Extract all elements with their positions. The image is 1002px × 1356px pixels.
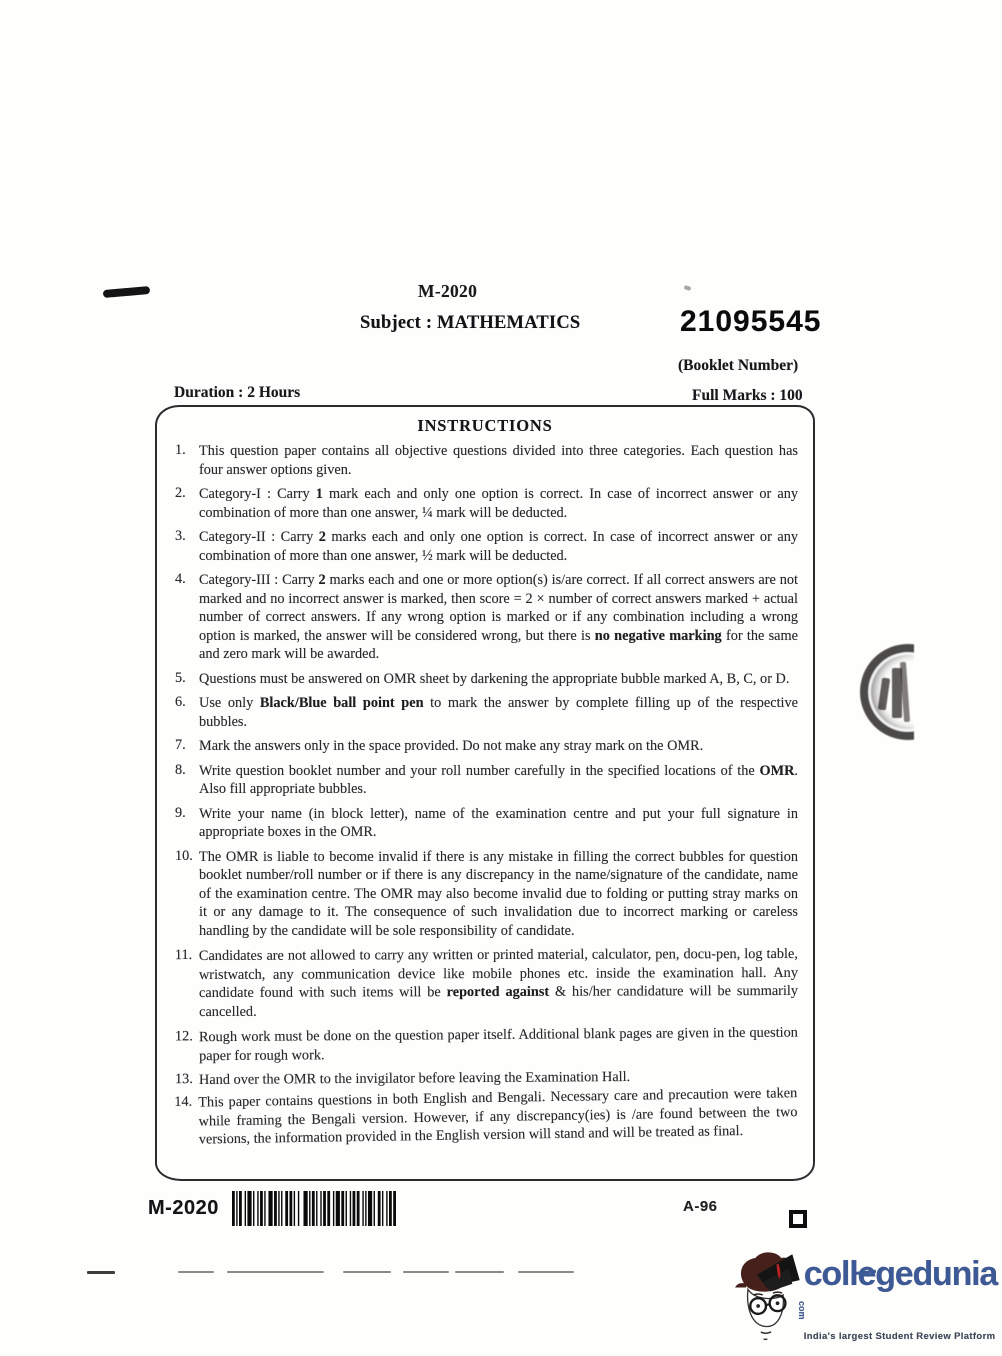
subject-title: Subject : MATHEMATICS xyxy=(360,313,580,334)
instruction-number: 13. xyxy=(171,1071,199,1090)
collegedunia-logo: collegeduniacom India's largest Student … xyxy=(735,1243,1002,1345)
instruction-text: Write your name (in block letter), name … xyxy=(199,805,798,842)
barcode-icon xyxy=(232,1191,396,1226)
tear-line-segment xyxy=(227,1271,324,1273)
instruction-number: 8. xyxy=(171,762,199,799)
instruction-item: 2.Category-I : Carry 1 mark each and onl… xyxy=(171,485,798,522)
instruction-text: Write question booklet number and your r… xyxy=(199,762,798,799)
set-code: A-96 xyxy=(683,1198,718,1215)
instruction-number: 1. xyxy=(171,442,199,479)
instruction-text: The OMR is liable to become invalid if t… xyxy=(199,848,798,941)
instructions-title: INSTRUCTIONS xyxy=(157,416,813,436)
instruction-text: Category-III : Carry 2 marks each and on… xyxy=(199,571,798,664)
instruction-number: 11. xyxy=(171,947,199,1021)
stamp-icon xyxy=(858,642,914,744)
instruction-item: 8.Write question booklet number and your… xyxy=(171,762,798,799)
instruction-number: 2. xyxy=(171,485,199,522)
instruction-item: 1.This question paper contains all objec… xyxy=(171,442,798,479)
instruction-item: 10.The OMR is liable to become invalid i… xyxy=(171,848,798,941)
instruction-text: Category-II : Carry 2 marks each and onl… xyxy=(199,528,798,565)
brand-text: collegeduniacom India's largest Student … xyxy=(804,1257,1002,1342)
instruction-text: Mark the answers only in the space provi… xyxy=(199,737,798,756)
booklet-number-label: (Booklet Number) xyxy=(678,357,798,375)
instruction-item: 6.Use only Black/Blue ball point pen to … xyxy=(171,694,798,731)
instruction-number: 12. xyxy=(171,1028,199,1065)
footer-paper-code: M-2020 xyxy=(148,1197,219,1220)
instruction-number: 7. xyxy=(171,737,199,756)
tear-line-segment xyxy=(455,1271,504,1273)
brand-wordmark-text: collegedunia xyxy=(804,1255,997,1293)
instruction-item: 14.This paper contains questions in both… xyxy=(170,1084,798,1149)
brand-tagline: India's largest Student Review Platform xyxy=(804,1331,1002,1342)
instruction-text: Candidates are not allowed to carry any … xyxy=(199,945,798,1021)
brand-wordmark: collegeduniacom xyxy=(804,1257,1002,1325)
instruction-text: Questions must be answered on OMR sheet … xyxy=(199,670,798,689)
tear-line-segment xyxy=(178,1271,214,1273)
instruction-item: 3.Category-II : Carry 2 marks each and o… xyxy=(171,528,798,565)
full-marks-label: Full Marks : 100 xyxy=(692,387,803,405)
booklet-number: 21095545 xyxy=(680,305,821,339)
instruction-number: 6. xyxy=(171,694,199,731)
mascot-icon xyxy=(735,1243,800,1345)
tear-line-segment xyxy=(87,1271,115,1274)
instruction-text: This paper contains questions in both En… xyxy=(198,1084,798,1149)
instruction-number: 4. xyxy=(171,571,199,664)
instruction-text: This question paper contains all objecti… xyxy=(199,442,798,479)
registration-square-icon xyxy=(789,1210,807,1228)
brand-domain-suffix: com xyxy=(797,1301,807,1320)
instructions-box: INSTRUCTIONS 1.This question paper conta… xyxy=(155,405,815,1181)
instruction-item: 12.Rough work must be done on the questi… xyxy=(171,1024,798,1066)
instruction-item: 11.Candidates are not allowed to carry a… xyxy=(171,945,798,1021)
scan-speck xyxy=(684,285,692,291)
instruction-item: 5.Questions must be answered on OMR shee… xyxy=(171,670,798,689)
instruction-number: 10. xyxy=(171,848,199,941)
duration-label: Duration : 2 Hours xyxy=(174,384,300,402)
instruction-number: 9. xyxy=(171,805,199,842)
corner-mark xyxy=(103,286,151,298)
instruction-text: Use only Black/Blue ball point pen to ma… xyxy=(199,694,798,731)
instructions-list: 1.This question paper contains all objec… xyxy=(157,440,813,1149)
question-paper-page: M-2020 Subject : MATHEMATICS 21095545 (B… xyxy=(0,0,1002,1356)
instruction-number: 14. xyxy=(170,1093,199,1149)
tear-line-segment xyxy=(343,1271,391,1273)
instruction-item: 7.Mark the answers only in the space pro… xyxy=(171,737,798,756)
instruction-item: 4.Category-III : Carry 2 marks each and … xyxy=(171,571,798,664)
instruction-number: 5. xyxy=(171,670,199,689)
instruction-text: Rough work must be done on the question … xyxy=(199,1024,798,1066)
tear-line-segment xyxy=(403,1271,449,1273)
tear-line-segment xyxy=(518,1271,574,1273)
instruction-item: 9.Write your name (in block letter), nam… xyxy=(171,805,798,842)
instruction-number: 3. xyxy=(171,528,199,565)
instruction-text: Category-I : Carry 1 mark each and only … xyxy=(199,485,798,522)
paper-code: M-2020 xyxy=(418,281,477,302)
